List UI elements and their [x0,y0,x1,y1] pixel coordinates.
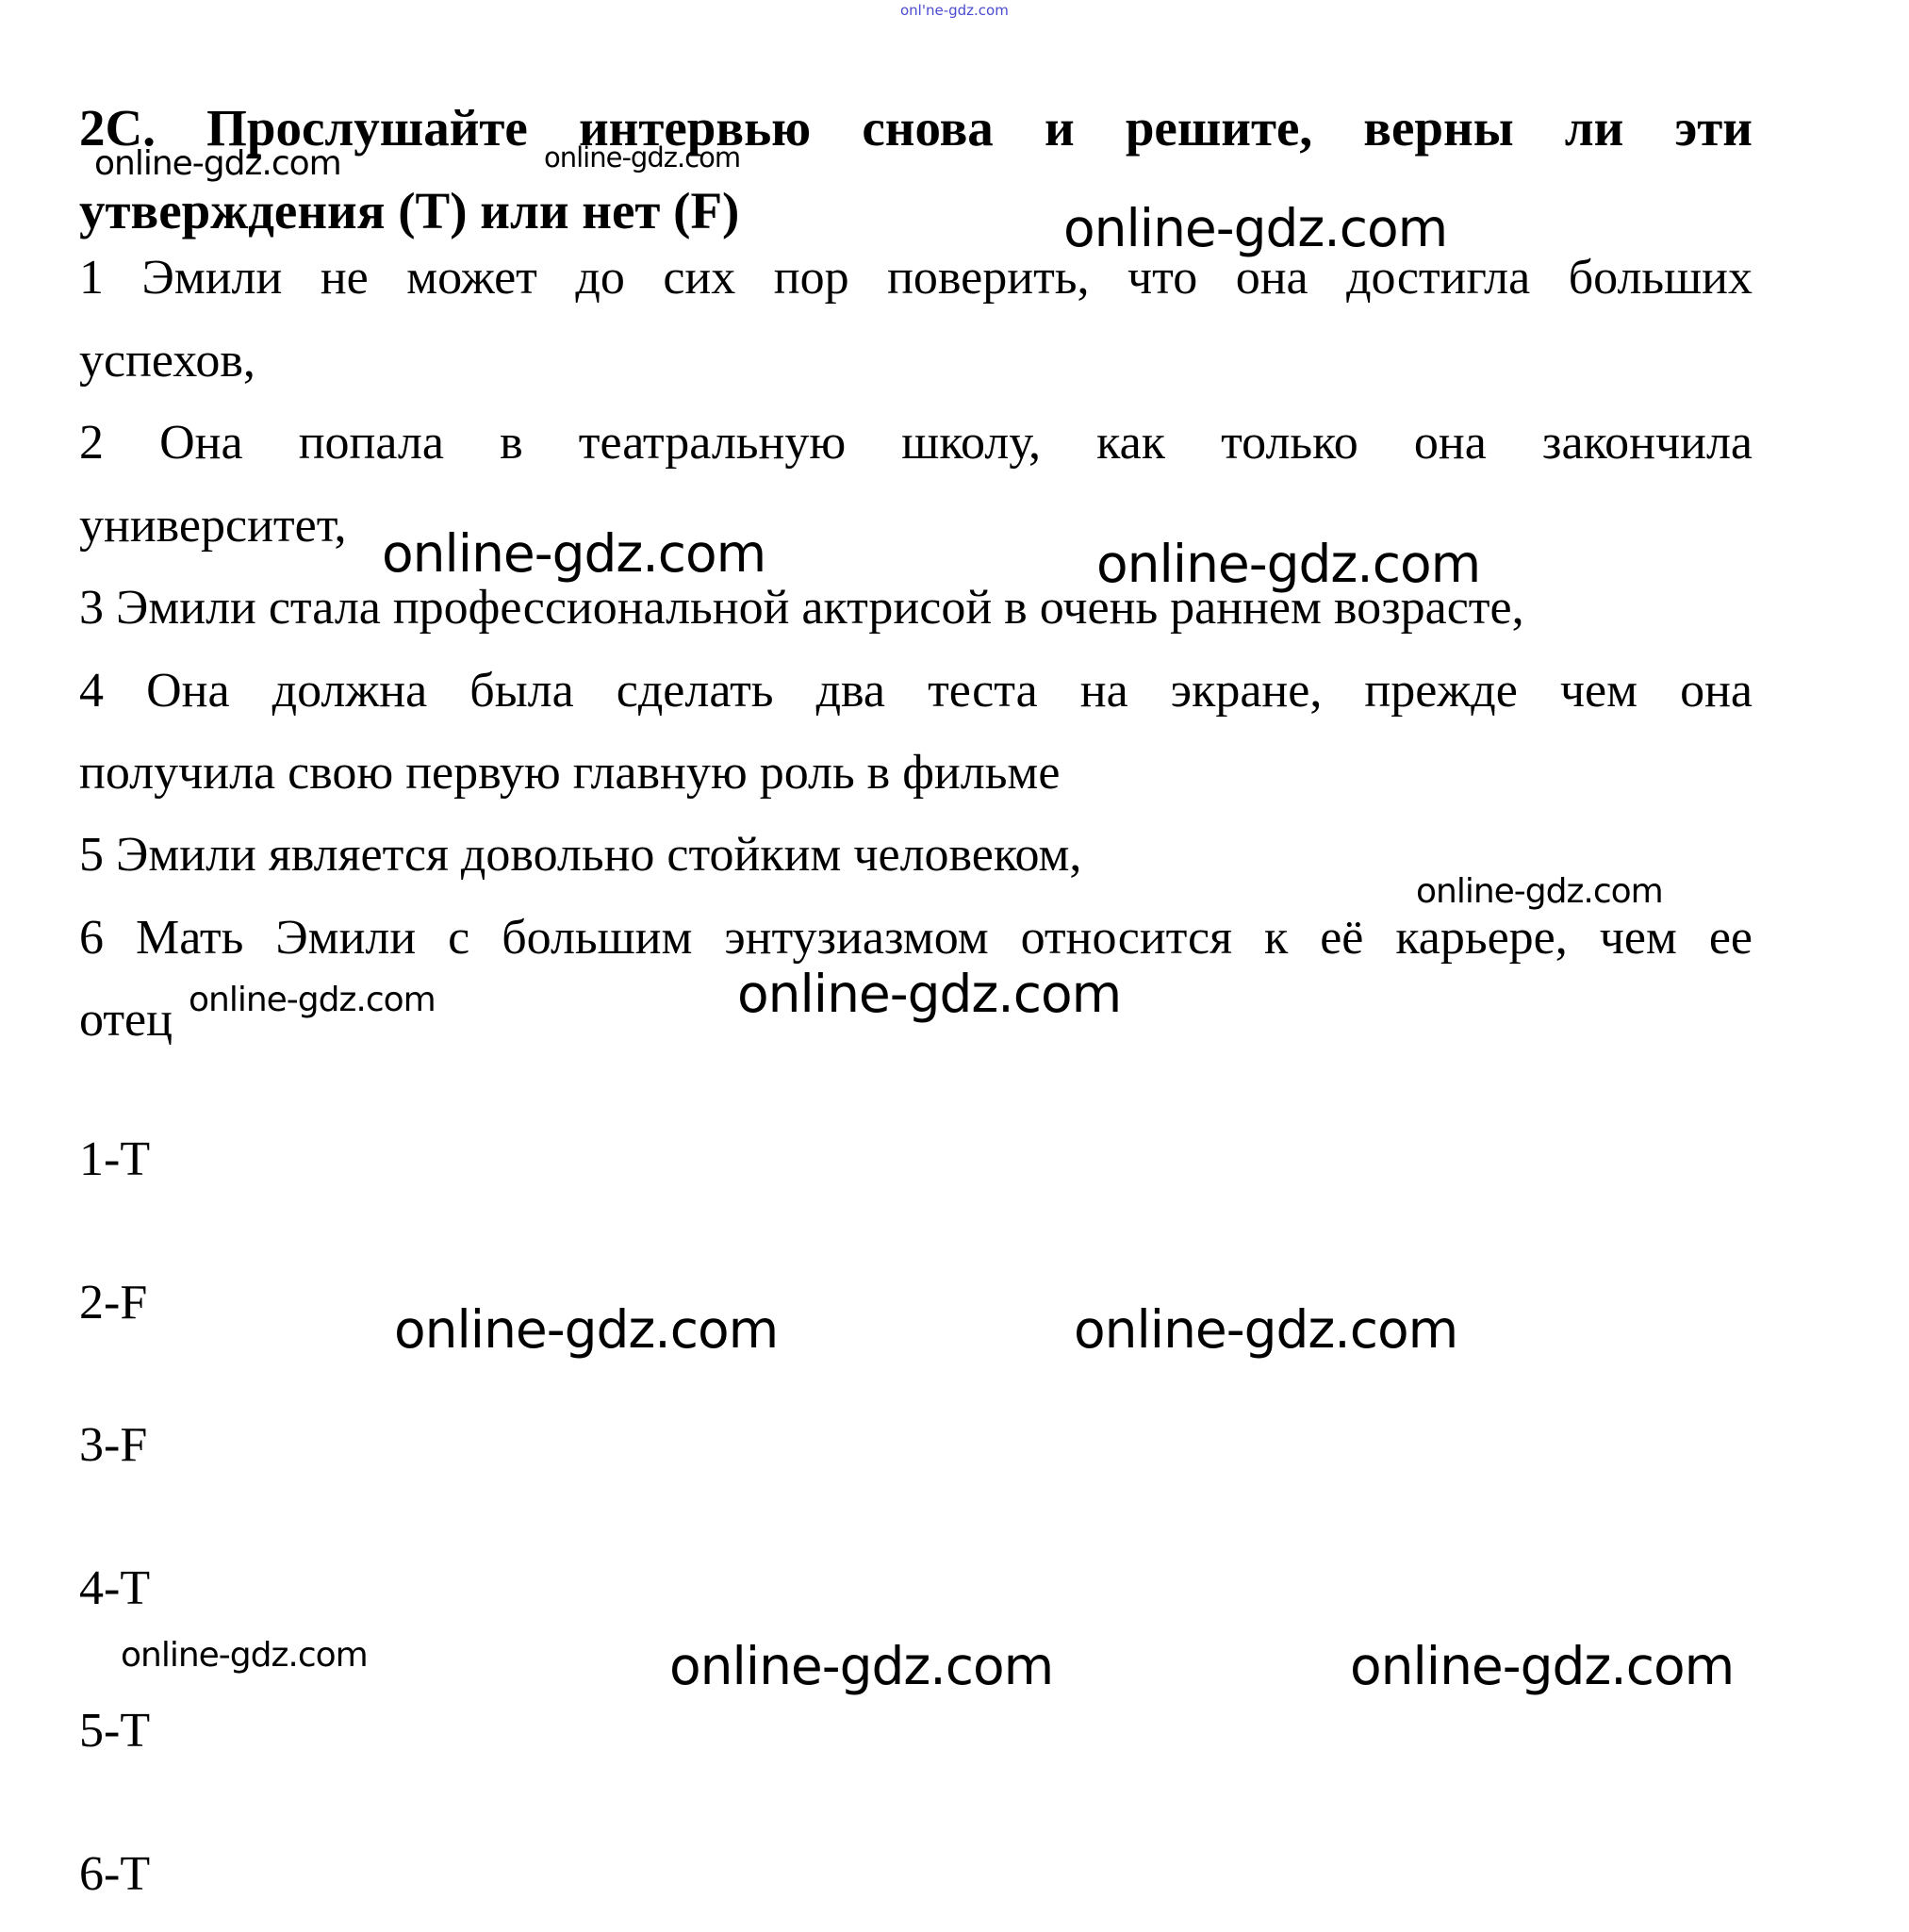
statement-6-line-1: 6 Мать Эмили с большим энтузиазмом относ… [79,910,1753,966]
statement-4-line-1: 4 Она должна была сделать два теста на э… [79,663,1753,718]
watermark: online-gdz.com [669,1636,1053,1696]
answer-4: 4-T [79,1560,150,1616]
watermark: online-gdz.com [1063,198,1447,258]
statement-6-line-2: отец [79,992,173,1048]
answer-6: 6-T [79,1846,150,1902]
watermark: online-gdz.com [94,144,341,183]
statement-5-line-1: 5 Эмили является довольно стойким челове… [79,827,1081,883]
watermark: online-gdz.com [1350,1636,1734,1696]
watermark: online-gdz.com [382,523,765,584]
statement-2-line-1: 2 Она попала в театральную школу, как то… [79,415,1753,471]
answer-1: 1-T [79,1131,150,1187]
answer-5: 5-T [79,1703,150,1759]
watermark: online-gdz.com [1096,534,1480,594]
statement-2-line-2: университет, [79,498,347,553]
document-page: onl'ne-gdz.com 2C. Прослушайте интервью … [0,0,1909,1932]
statement-1-line-2: успехов, [79,333,255,388]
watermark: online-gdz.com [544,141,740,173]
statement-4-line-2: получила свою первую главную роль в филь… [79,745,1060,801]
top-watermark: onl'ne-gdz.com [900,2,1009,19]
watermark: online-gdz.com [737,964,1121,1024]
answer-3: 3-F [79,1417,147,1473]
answer-2: 2-F [79,1275,147,1330]
statement-1-line-1: 1 Эмили не может до сих пор поверить, чт… [79,250,1753,305]
watermark: online-gdz.com [189,981,436,1019]
watermark: online-gdz.com [394,1299,778,1360]
watermark: online-gdz.com [121,1636,368,1675]
watermark: online-gdz.com [1416,872,1663,911]
watermark: online-gdz.com [1074,1299,1457,1360]
